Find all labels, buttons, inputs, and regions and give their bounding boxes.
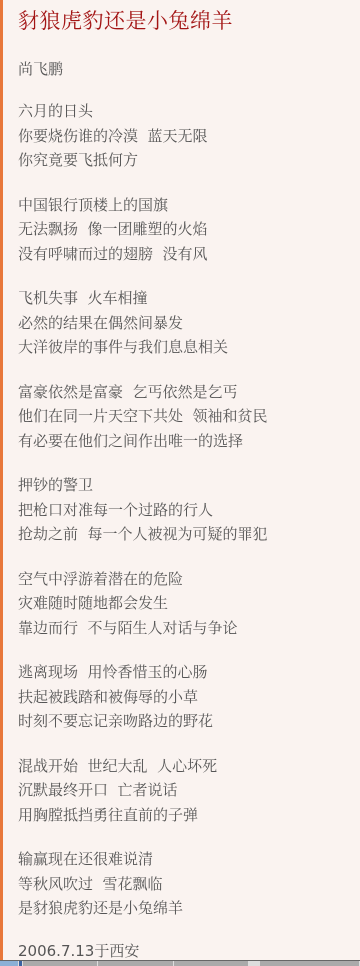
- stanza-9: 输赢现在还很难说清 等秋风吹过 雪花飘临 是豺狼虎豹还是小兔绵羊: [18, 847, 360, 921]
- poem-line: 你要烧伤谁的冷漠 蓝天无限: [18, 124, 360, 149]
- stanza-5: 押钞的警卫 把枪口对准每一个过路的行人 抢劫之前 每一个人被视为可疑的罪犯: [18, 473, 360, 547]
- poem-line: 六月的日头: [18, 99, 360, 124]
- stanza-6: 空气中浮游着潜在的危险 灾难随时随地都会发生 靠边而行 不与陌生人对话与争论: [18, 567, 360, 641]
- scroll-segment[interactable]: [0, 961, 19, 966]
- article-author: 尚飞鹏: [18, 59, 360, 79]
- scroll-segment[interactable]: [23, 961, 98, 966]
- poem-line: 靠边而行 不与陌生人对话与争论: [18, 616, 360, 641]
- poem-line: 他们在同一片天空下共处 领袖和贫民: [18, 404, 360, 429]
- poem-line: 等秋风吹过 雪花飘临: [18, 872, 360, 897]
- stanza-4: 富豪依然是富豪 乞丐依然是乞丐 他们在同一片天空下共处 领袖和贫民 有必要在他们…: [18, 380, 360, 454]
- scroll-segment[interactable]: [174, 961, 249, 966]
- poem-line: 你究竟要飞抵何方: [18, 148, 360, 173]
- stanza-1: 六月的日头 你要烧伤谁的冷漠 蓝天无限 你究竟要飞抵何方: [18, 99, 360, 173]
- poem-line: 是豺狼虎豹还是小兔绵羊: [18, 896, 360, 921]
- poem-line: 空气中浮游着潜在的危险: [18, 567, 360, 592]
- poem-line: 大洋彼岸的事件与我们息息相关: [18, 335, 360, 360]
- date-place: 2006.7.13于西安: [18, 941, 360, 961]
- poem-line: 时刻不要忘记亲吻路边的野花: [18, 709, 360, 734]
- poem-line: 沉默最终开口 亡者说话: [18, 778, 360, 803]
- stanza-2: 中国银行顶楼上的国旗 无法飘扬 像一团雕塑的火焰 没有呼啸而过的翅膀 没有风: [18, 193, 360, 267]
- poem-line: 把枪口对准每一个过路的行人: [18, 498, 360, 523]
- scroll-segment[interactable]: [98, 961, 173, 966]
- poem-line: 逃离现场 用怜香惜玉的心肠: [18, 660, 360, 685]
- poem-line: 抢劫之前 每一个人被视为可疑的罪犯: [18, 522, 360, 547]
- poem-line: 没有呼啸而过的翅膀 没有风: [18, 242, 360, 267]
- article-page: 豺狼虎豹还是小兔绵羊 尚飞鹏 六月的日头 你要烧伤谁的冷漠 蓝天无限 你究竟要飞…: [0, 0, 360, 960]
- poem-line: 富豪依然是富豪 乞丐依然是乞丐: [18, 380, 360, 405]
- poem-line: 扶起被践踏和被侮辱的小草: [18, 685, 360, 710]
- poem-line: 混战开始 世纪大乱 人心坏死: [18, 754, 360, 779]
- stanza-3: 飞机失事 火车相撞 必然的结果在偶然间暴发 大洋彼岸的事件与我们息息相关: [18, 286, 360, 360]
- poem-line: 押钞的警卫: [18, 473, 360, 498]
- stanza-8: 混战开始 世纪大乱 人心坏死 沉默最终开口 亡者说话 用胸膛抵挡勇往直前的子弹: [18, 754, 360, 828]
- poem-line: 中国银行顶楼上的国旗: [18, 193, 360, 218]
- horizontal-scrollbar[interactable]: [0, 960, 360, 966]
- scroll-thumb[interactable]: [249, 961, 260, 966]
- article-title: 豺狼虎豹还是小兔绵羊: [18, 6, 360, 36]
- poem-line: 无法飘扬 像一团雕塑的火焰: [18, 217, 360, 242]
- stanza-7: 逃离现场 用怜香惜玉的心肠 扶起被践踏和被侮辱的小草 时刻不要忘记亲吻路边的野花: [18, 660, 360, 734]
- poem-line: 有必要在他们之间作出唯一的选择: [18, 429, 360, 454]
- poem-line: 输赢现在还很难说清: [18, 847, 360, 872]
- poem-line: 灾难随时随地都会发生: [18, 591, 360, 616]
- poem-line: 必然的结果在偶然间暴发: [18, 311, 360, 336]
- poem-line: 用胸膛抵挡勇往直前的子弹: [18, 803, 360, 828]
- scroll-segment[interactable]: [260, 961, 360, 966]
- poem-line: 飞机失事 火车相撞: [18, 286, 360, 311]
